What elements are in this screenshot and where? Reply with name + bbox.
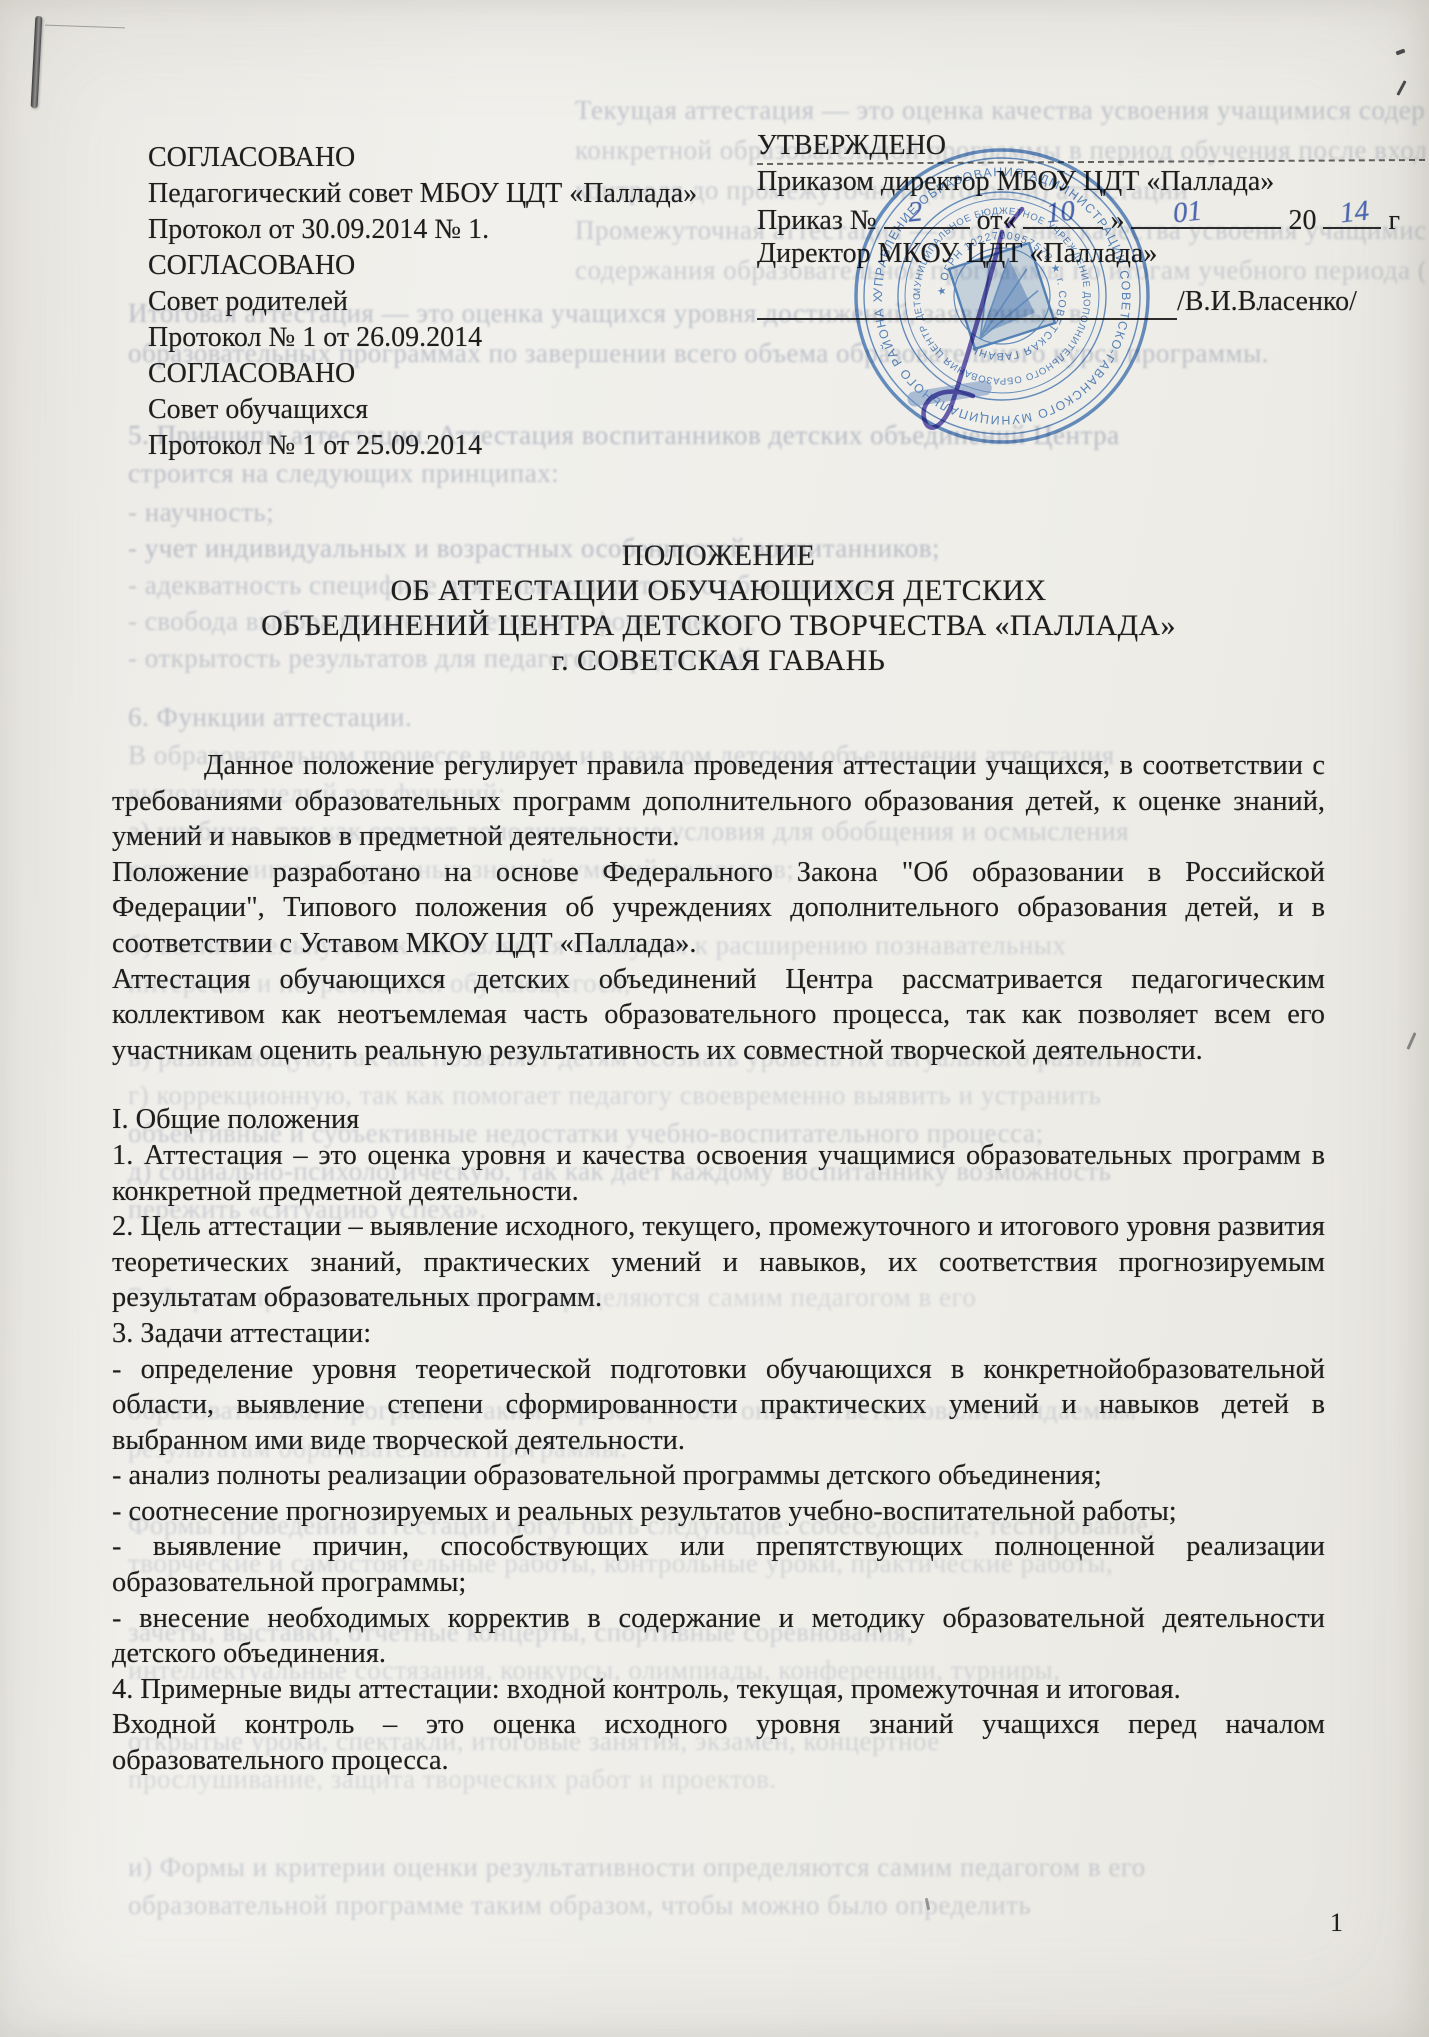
handwritten-year: 14 [1338,197,1370,229]
paragraph: Аттестация обучающихся детских объединен… [112,962,1325,1069]
paragraph: I. Общие положения [112,1102,1325,1138]
page-number: 1 [1330,1908,1343,1938]
order-year-blank: 14 [1323,200,1381,229]
approval-line: Совет родителей [148,284,708,320]
paragraph: 1. Аттестация – это оценка уровня и каче… [112,1138,1325,1209]
paragraph: Входной контроль – это оценка исходного … [112,1707,1325,1778]
order-year-suffix: г [1388,205,1399,236]
paragraph: 3. Задачи аттестации: [112,1316,1325,1352]
document-body: Данное положение регулирует правила пров… [112,748,1325,1779]
director-signature-icon [852,146,1152,446]
approval-line: Протокол от 30.09.2014 № 1. [148,212,708,248]
scanned-document-page: Текущая аттестация — это оценка качества… [0,0,1429,2037]
approvals-left-block: СОГЛАСОВАНО Педагогический совет МБОУ ЦД… [148,140,708,464]
document-title: ПОЛОЖЕНИЕ ОБ АТТЕСТАЦИИ ОБУЧАЮЩИХСЯ ДЕТС… [112,538,1325,678]
handwritten-month: 01 [1172,197,1204,229]
title-line: ОБЪЕДИНЕНИЙ ЦЕНТРА ДЕТСКОГО ТВОРЧЕСТВА «… [112,608,1325,643]
title-line: ОБ АТТЕСТАЦИИ ОБУЧАЮЩИХСЯ ДЕТСКИХ [112,573,1325,608]
title-line: г. СОВЕТСКАЯ ГАВАНЬ [112,643,1325,678]
paragraph: Данное положение регулирует правила пров… [112,748,1325,855]
approval-line: Протокол № 1 от 26.09.2014 [148,320,708,356]
paragraph: - анализ полноты реализации образователь… [112,1458,1325,1494]
document-text-layer: СОГЛАСОВАНО Педагогический совет МБОУ ЦД… [0,0,1429,2037]
paragraph: - определение уровня теоретической подго… [112,1352,1325,1459]
director-name: /В.И.Власенко/ [1177,284,1357,320]
approval-line: СОГЛАСОВАНО [148,356,708,392]
approval-line: Совет обучащихся [148,392,708,428]
order-month-blank: 01 [1131,200,1281,229]
order-year-prefix: 20 [1288,205,1316,236]
paragraph: Положение разработано на основе Федераль… [112,855,1325,962]
paragraph: 2. Цель аттестации – выявление исходного… [112,1209,1325,1316]
paragraph: 4. Примерные виды аттестации: входной ко… [112,1672,1325,1708]
approval-line: СОГЛАСОВАНО [148,140,708,176]
approval-line: СОГЛАСОВАНО [148,248,708,284]
paragraph: - соотнесение прогнозируемых и реальных … [112,1494,1325,1530]
title-line: ПОЛОЖЕНИЕ [112,538,1325,573]
paragraph: - внесение необходимых корректив в содер… [112,1601,1325,1672]
paragraph: - выявление причин, способствующих или п… [112,1529,1325,1600]
approval-line: Педагогический совет МБОУ ЦДТ «Паллада» [148,176,708,212]
approval-line: Протокол № 1 от 25.09.2014 [148,428,708,464]
